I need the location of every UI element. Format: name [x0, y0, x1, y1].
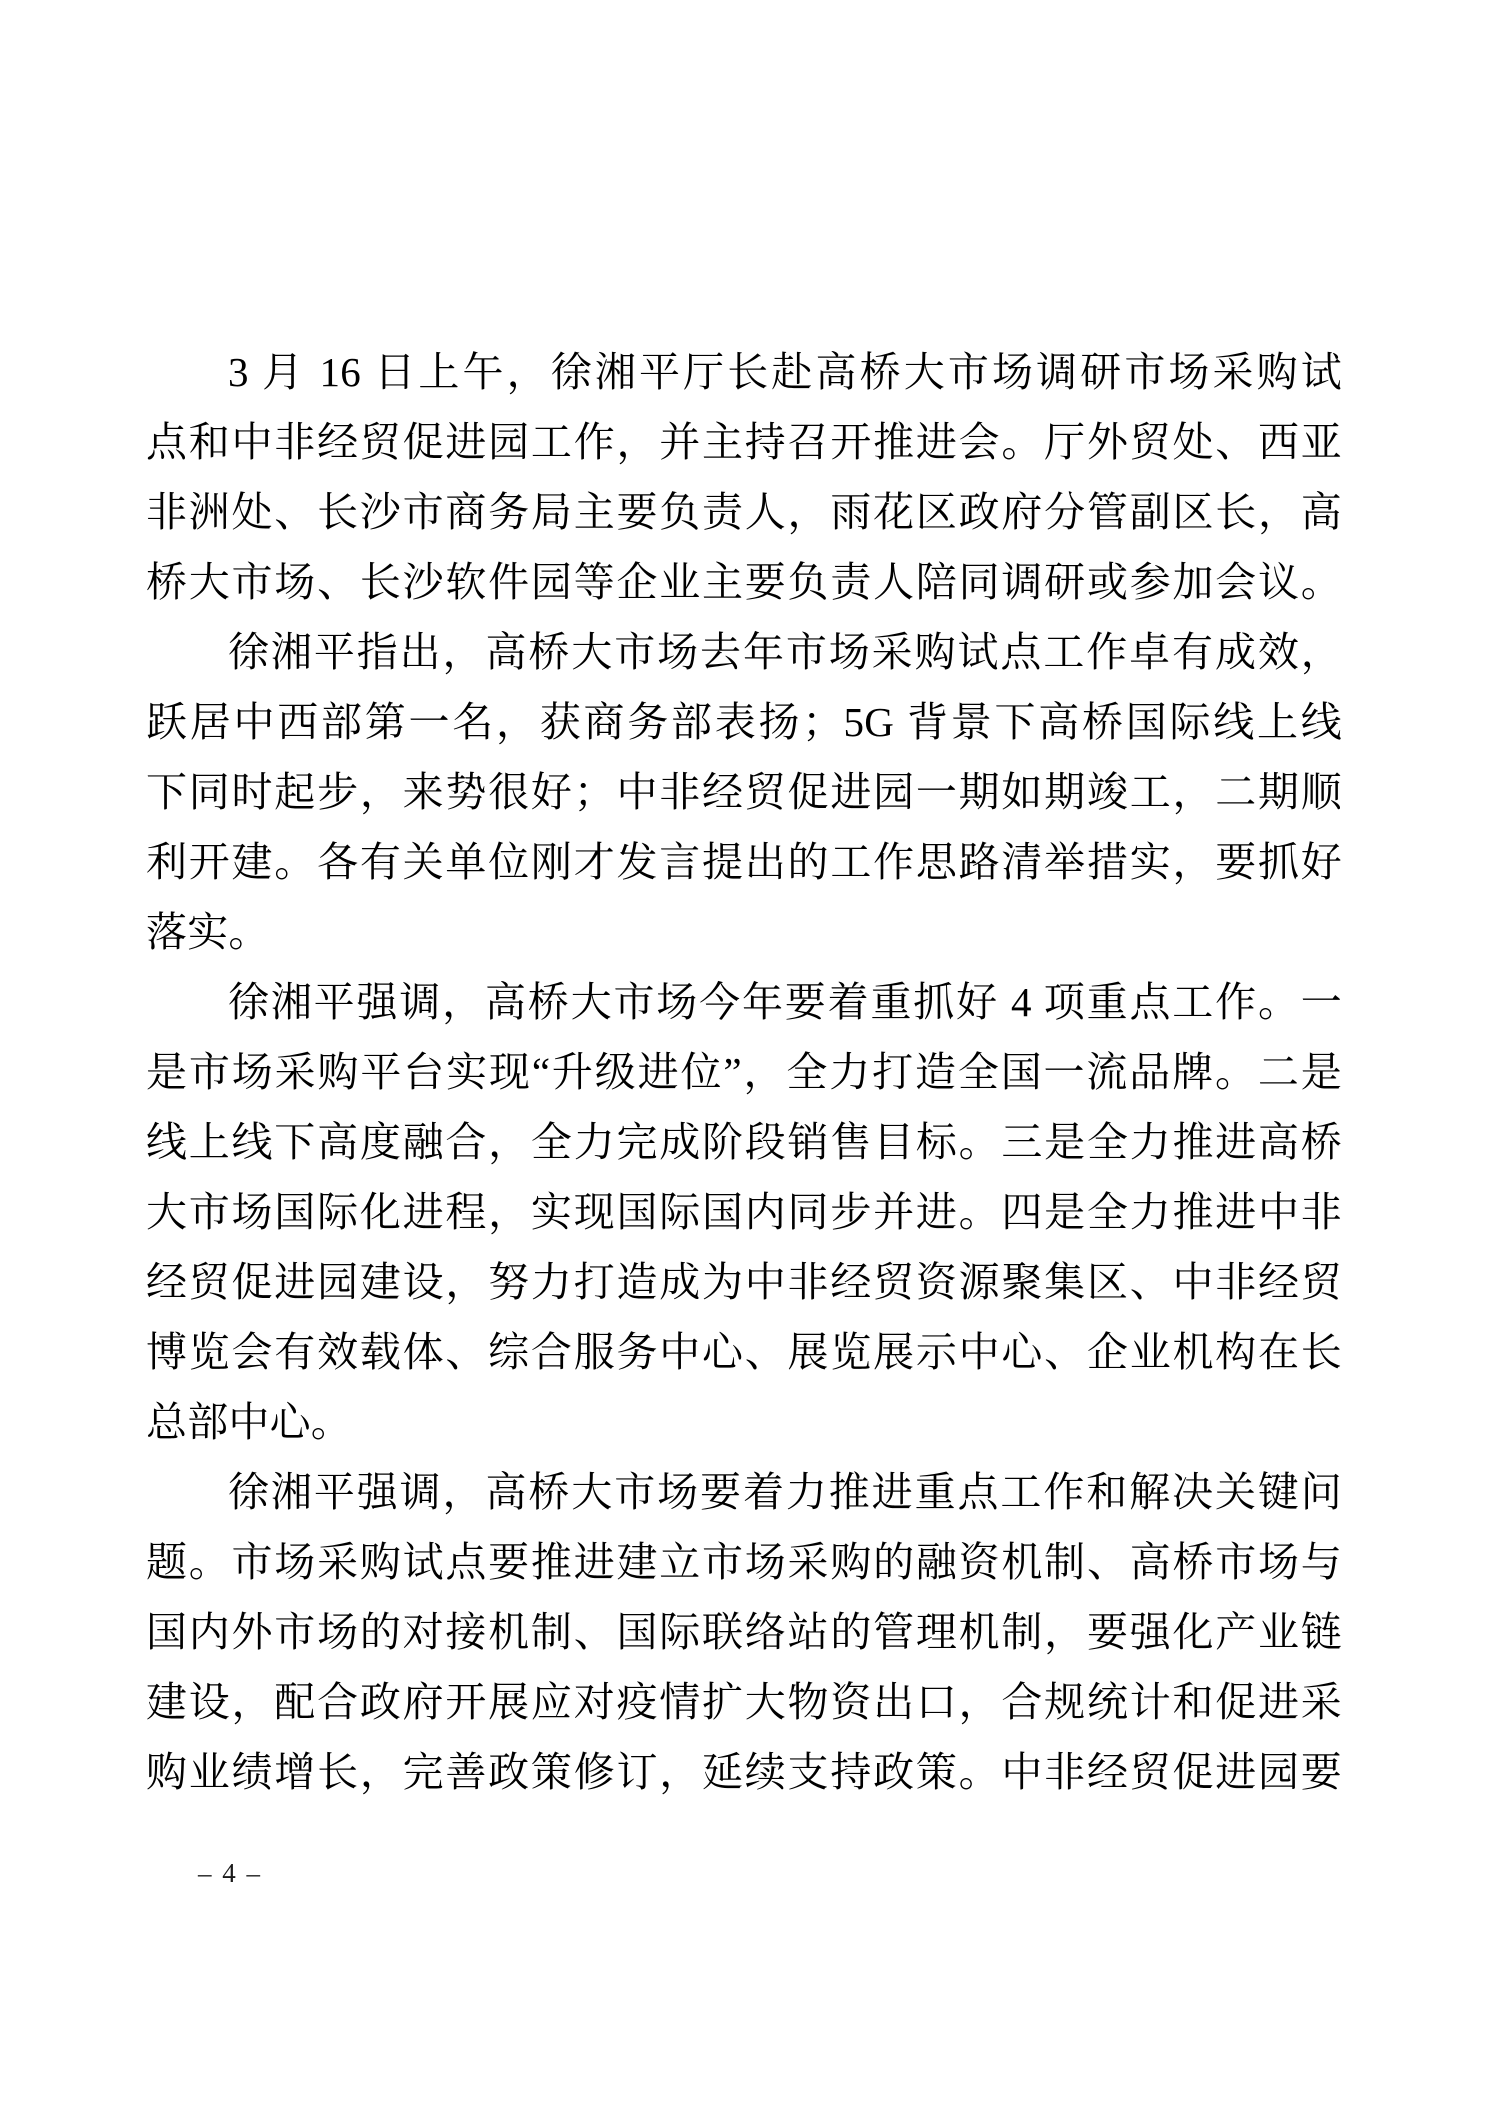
paragraph: 徐湘平强调，高桥大市场今年要着重抓好 4 项重点工作。一 是市场采购平台实现“升… [146, 967, 1342, 1457]
text-line: 是市场采购平台实现“升级进位”，全力打造全国一流品牌。二是 [146, 1037, 1342, 1107]
text-line: 跃居中西部第一名，获商务部表扬；5G 背景下高桥国际线上线 [146, 687, 1342, 757]
text-line: 3 月 16 日上午，徐湘平厅长赴高桥大市场调研市场采购试 [146, 337, 1342, 407]
text-line: 桥大市场、长沙软件园等企业主要负责人陪同调研或参加会议。 [146, 547, 1342, 617]
text-line: 徐湘平强调，高桥大市场要着力推进重点工作和解决关键问 [146, 1457, 1342, 1527]
text-line: 购业绩增长，完善政策修订，延续支持政策。中非经贸促进园要 [146, 1737, 1342, 1807]
text-line: 徐湘平指出，高桥大市场去年市场采购试点工作卓有成效， [146, 617, 1342, 687]
text-line: 线上线下高度融合，全力完成阶段销售目标。三是全力推进高桥 [146, 1107, 1342, 1177]
text-line: 下同时起步，来势很好；中非经贸促进园一期如期竣工，二期顺 [146, 757, 1342, 827]
text-line: 建设，配合政府开展应对疫情扩大物资出口，合规统计和促进采 [146, 1667, 1342, 1737]
paragraph: 3 月 16 日上午，徐湘平厅长赴高桥大市场调研市场采购试 点和中非经贸促进园工… [146, 337, 1342, 617]
document-page: 3 月 16 日上午，徐湘平厅长赴高桥大市场调研市场采购试 点和中非经贸促进园工… [0, 0, 1488, 2105]
text-line: 点和中非经贸促进园工作，并主持召开推进会。厅外贸处、西亚 [146, 407, 1342, 477]
text-line: 大市场国际化进程，实现国际国内同步并进。四是全力推进中非 [146, 1177, 1342, 1247]
page-footer: – 4 – [198, 1856, 262, 1890]
text-line: 博览会有效载体、综合服务中心、展览展示中心、企业机构在长 [146, 1317, 1342, 1387]
text-line: 徐湘平强调，高桥大市场今年要着重抓好 4 项重点工作。一 [146, 967, 1342, 1037]
document-body: 3 月 16 日上午，徐湘平厅长赴高桥大市场调研市场采购试 点和中非经贸促进园工… [146, 337, 1342, 1807]
paragraph: 徐湘平强调，高桥大市场要着力推进重点工作和解决关键问 题。市场采购试点要推进建立… [146, 1457, 1342, 1807]
text-line: 经贸促进园建设，努力打造成为中非经贸资源聚集区、中非经贸 [146, 1247, 1342, 1317]
text-line: 落实。 [146, 897, 1342, 967]
paragraph: 徐湘平指出，高桥大市场去年市场采购试点工作卓有成效， 跃居中西部第一名，获商务部… [146, 617, 1342, 967]
text-line: 题。市场采购试点要推进建立市场采购的融资机制、高桥市场与 [146, 1527, 1342, 1597]
page-number: – 4 – [198, 1858, 262, 1888]
text-line: 利开建。各有关单位刚才发言提出的工作思路清举措实，要抓好 [146, 827, 1342, 897]
text-line: 非洲处、长沙市商务局主要负责人，雨花区政府分管副区长，高 [146, 477, 1342, 547]
text-line: 总部中心。 [146, 1387, 1342, 1457]
text-line: 国内外市场的对接机制、国际联络站的管理机制，要强化产业链 [146, 1597, 1342, 1667]
